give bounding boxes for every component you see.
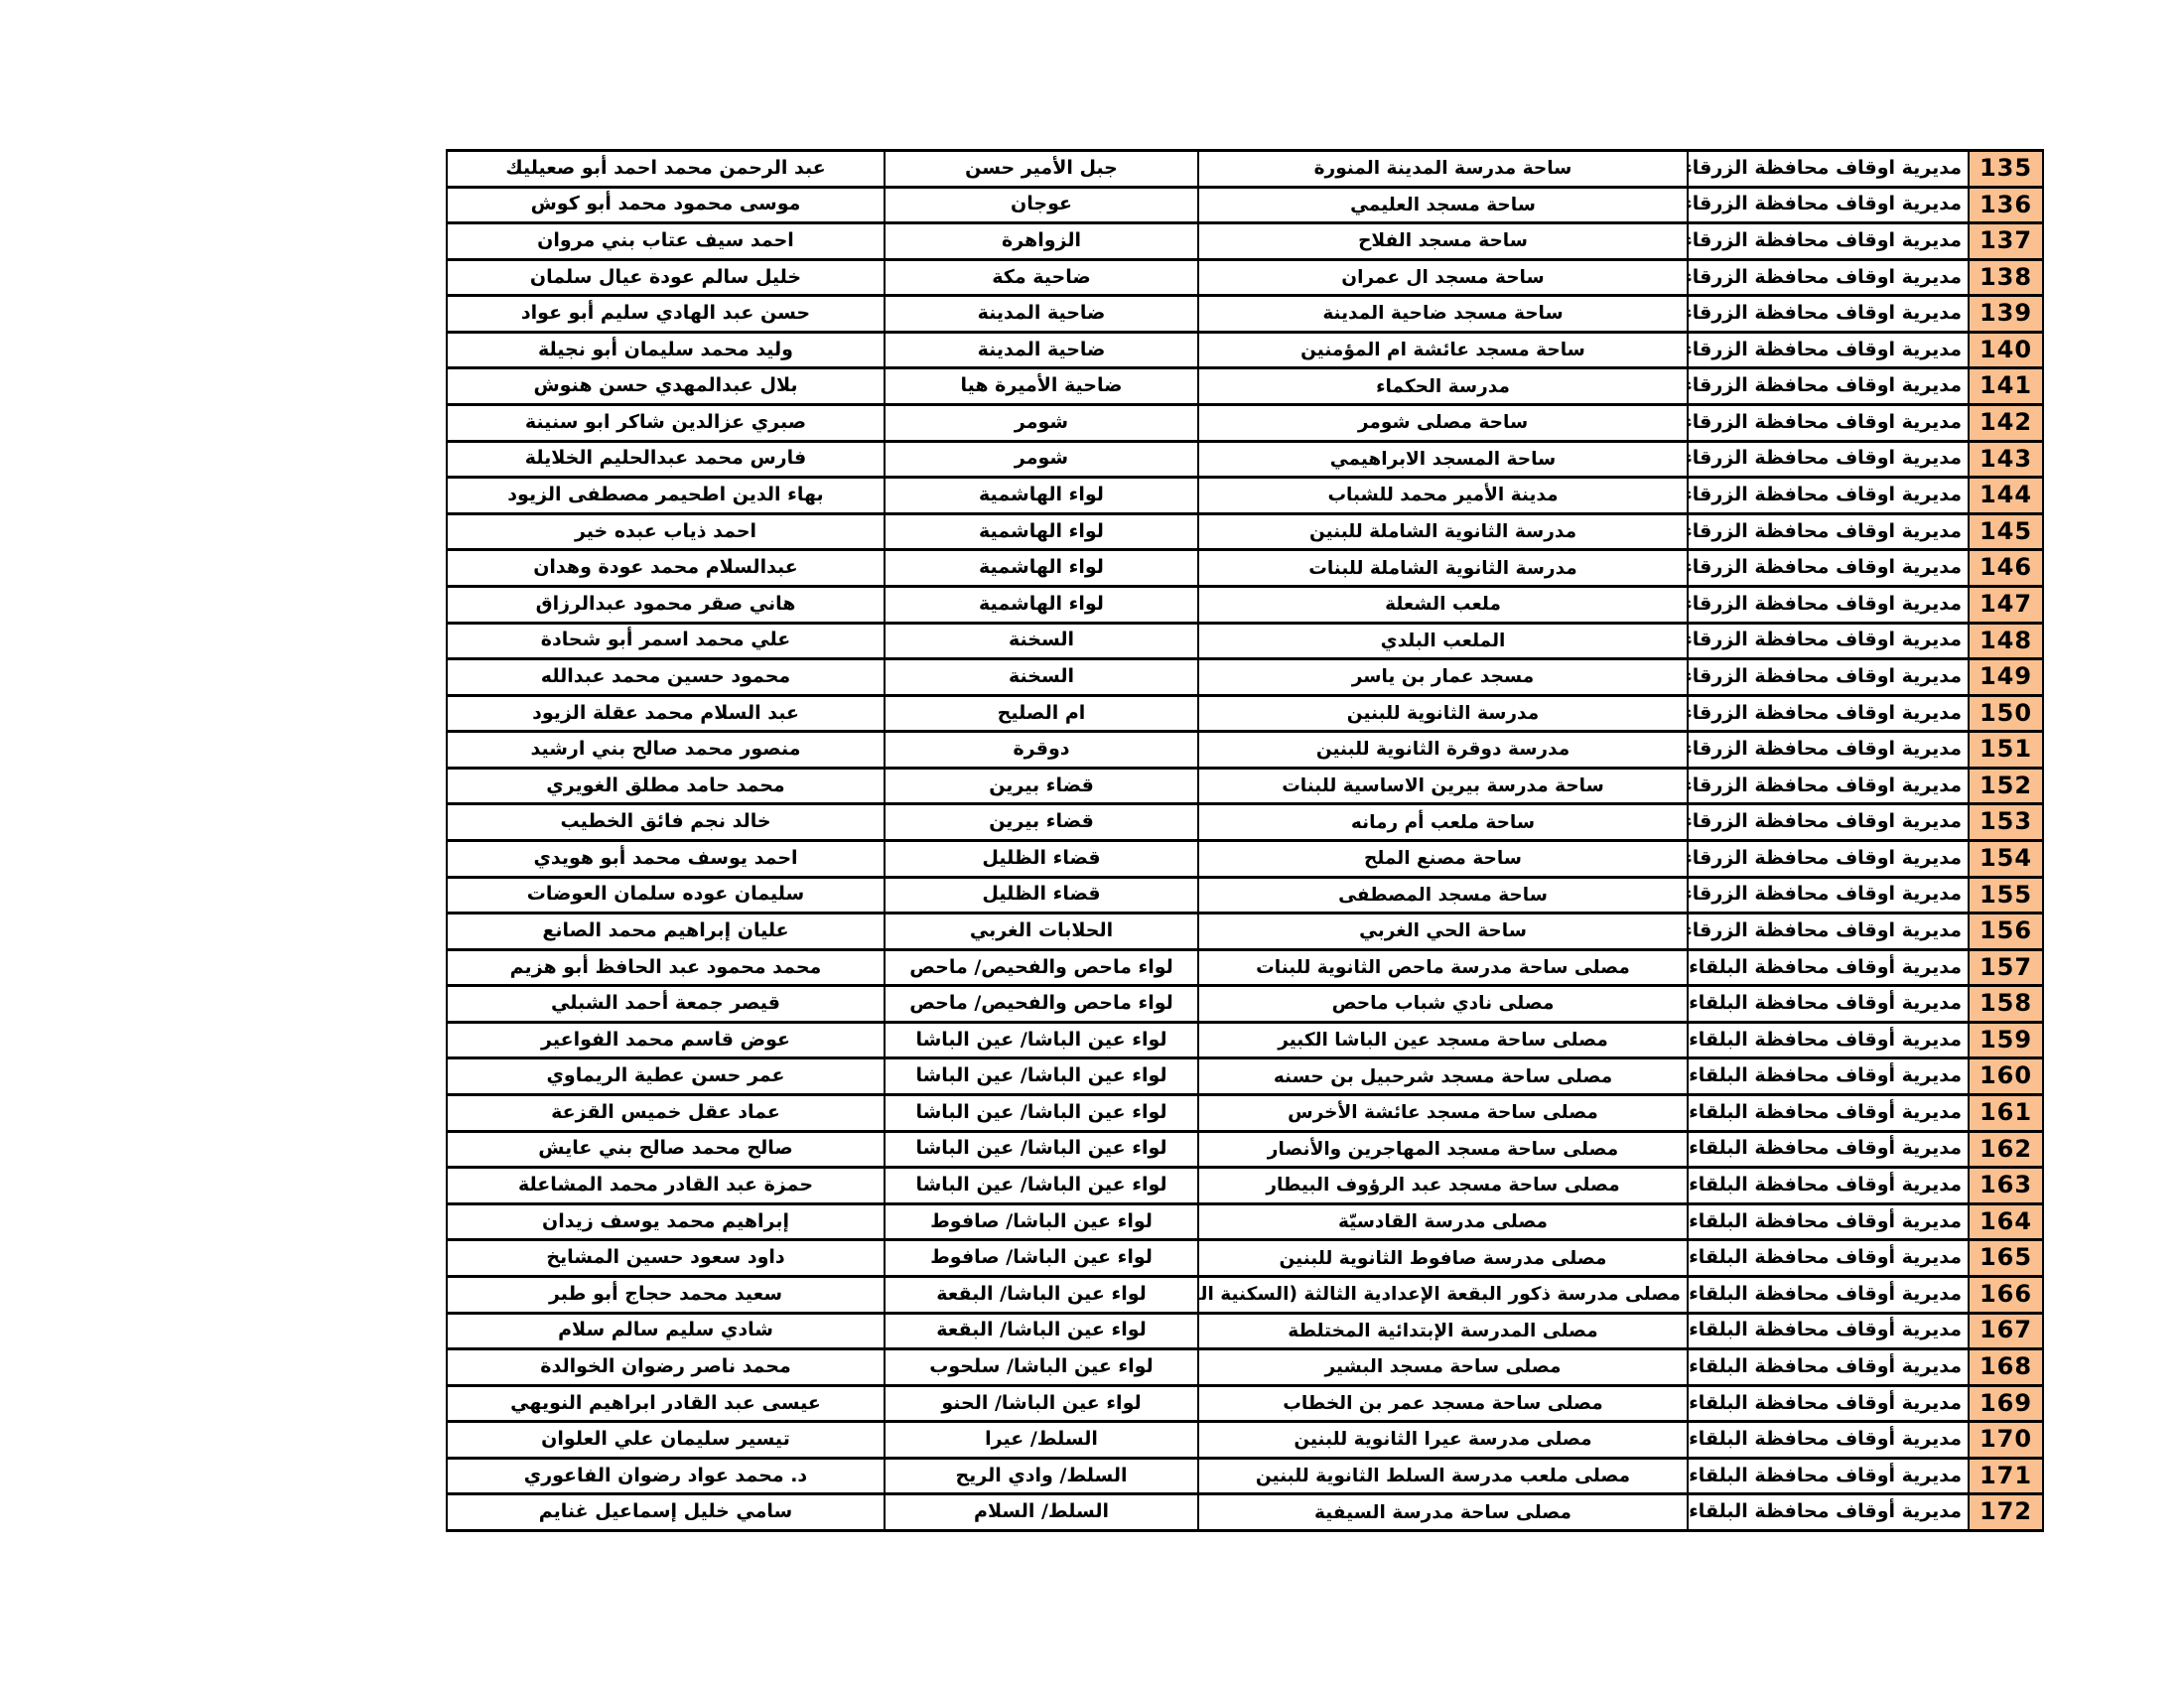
person-name-cell: عبد الرحمن محمد احمد أبو صعيليك (447, 151, 885, 188)
person-name-cell: خالد نجم فائق الخطيب (447, 804, 885, 841)
location-cell: الملعب البلدي (1198, 623, 1688, 659)
table-row: 170مديرية أوقاف محافظة البلقاءمصلى مدرسة… (447, 1422, 2043, 1459)
person-name-cell: داود سعود حسين المشايخ (447, 1240, 885, 1277)
location-cell: مصلى ساحة مدرسة السيفية (1198, 1494, 1688, 1531)
location-cell: ساحة مصنع الملح (1198, 840, 1688, 877)
row-number-cell: 163 (1969, 1168, 2043, 1204)
directorate-cell: مديرية أوقاف محافظة البلقاء (1688, 1494, 1969, 1531)
person-name-cell: إبراهيم محمد يوسف زيدان (447, 1203, 885, 1240)
table-row: 136مديرية اوقاف محافظة الزرقاءساحة مسجد … (447, 187, 2043, 223)
row-number-cell: 151 (1969, 732, 2043, 769)
directorate-cell: مديرية أوقاف محافظة البلقاء (1688, 1240, 1969, 1277)
directorate-cell: مديرية أوقاف محافظة البلقاء (1688, 1313, 1969, 1349)
row-number-cell: 169 (1969, 1385, 2043, 1422)
area-cell: لواء عين الباشا/ صافوط (885, 1203, 1198, 1240)
row-number-cell: 137 (1969, 223, 2043, 260)
directorate-cell: مديرية أوقاف محافظة البلقاء (1688, 986, 1969, 1023)
location-cell: مدرسة الثانوية للبنين (1198, 695, 1688, 732)
person-name-cell: عماد عقل خميس القزعة (447, 1095, 885, 1132)
row-number-cell: 161 (1969, 1095, 2043, 1132)
row-number-cell: 153 (1969, 804, 2043, 841)
row-number-cell: 149 (1969, 659, 2043, 696)
area-cell: لواء عين الباشا/ عين الباشا (885, 1058, 1198, 1095)
directorate-cell: مديرية اوقاف محافظة الزرقاء (1688, 840, 1969, 877)
person-name-cell: عليان إبراهيم محمد الصانع (447, 914, 885, 950)
location-cell: مصلى ساحة مسجد عمر بن الخطاب (1198, 1385, 1688, 1422)
person-name-cell: قيصر جمعة أحمد الشبلي (447, 986, 885, 1023)
person-name-cell: بلال عبدالمهدي حسن هنوش (447, 368, 885, 405)
row-number-cell: 171 (1969, 1458, 2043, 1494)
location-cell: مدرسة الثانوية الشاملة للبنين (1198, 513, 1688, 550)
row-number-cell: 138 (1969, 259, 2043, 296)
table-row: 160مديرية أوقاف محافظة البلقاءمصلى ساحة … (447, 1058, 2043, 1095)
person-name-cell: شادي سليم سالم سلام (447, 1313, 885, 1349)
location-cell: مصلى ملعب مدرسة السلط الثانوية للبنين (1198, 1458, 1688, 1494)
row-number-cell: 139 (1969, 296, 2043, 333)
table-row: 159مديرية أوقاف محافظة البلقاءمصلى ساحة … (447, 1022, 2043, 1058)
area-cell: شومر (885, 405, 1198, 442)
area-cell: ضاحية مكة (885, 259, 1198, 296)
area-cell: قضاء الظليل (885, 840, 1198, 877)
location-cell: مصلى ساحة مسجد شرحبيل بن حسنه (1198, 1058, 1688, 1095)
directorate-cell: مديرية أوقاف محافظة البلقاء (1688, 1022, 1969, 1058)
location-cell: ساحة مسجد المصطفى (1198, 877, 1688, 914)
row-number-cell: 154 (1969, 840, 2043, 877)
row-number-cell: 148 (1969, 623, 2043, 659)
location-cell: مصلى ساحة مسجد البشير (1198, 1349, 1688, 1386)
area-cell: لواء عين الباشا/ صافوط (885, 1240, 1198, 1277)
directorate-cell: مديرية اوقاف محافظة الزرقاء (1688, 259, 1969, 296)
directorate-cell: مديرية اوقاف محافظة الزرقاء (1688, 513, 1969, 550)
person-name-cell: عبدالسلام محمد عودة وهدان (447, 550, 885, 587)
person-name-cell: تيسير سليمان علي العلوان (447, 1422, 885, 1459)
location-cell: ساحة ملعب أم رمانه (1198, 804, 1688, 841)
area-cell: لواء الهاشمية (885, 586, 1198, 623)
area-cell: لواء عين الباشا/ سلحوب (885, 1349, 1198, 1386)
table-row: 168مديرية أوقاف محافظة البلقاءمصلى ساحة … (447, 1349, 2043, 1386)
directorate-cell: مديرية اوقاف محافظة الزرقاء (1688, 478, 1969, 514)
directorate-cell: مديرية اوقاف محافظة الزرقاء (1688, 732, 1969, 769)
area-cell: ام الصليح (885, 695, 1198, 732)
row-number-cell: 170 (1969, 1422, 2043, 1459)
area-cell: السلط/ عيرا (885, 1422, 1198, 1459)
area-cell: ضاحية المدينة (885, 296, 1198, 333)
location-cell: مصلى ساحة مسجد عبد الرؤوف البيطار (1198, 1168, 1688, 1204)
directorate-cell: مديرية أوقاف محافظة البلقاء (1688, 1422, 1969, 1459)
table-row: 143مديرية اوقاف محافظة الزرقاءساحة المسج… (447, 441, 2043, 478)
table-row: 142مديرية اوقاف محافظة الزرقاءساحة مصلى … (447, 405, 2043, 442)
directorate-cell: مديرية اوقاف محافظة الزرقاء (1688, 368, 1969, 405)
area-cell: الحلابات الغربي (885, 914, 1198, 950)
directorate-cell: مديرية أوقاف محافظة البلقاء (1688, 1203, 1969, 1240)
person-name-cell: عيسى عبد القادر ابراهيم النويهي (447, 1385, 885, 1422)
directorate-cell: مديرية اوقاف محافظة الزرقاء (1688, 659, 1969, 696)
location-cell: ساحة مسجد ال عمران (1198, 259, 1688, 296)
location-cell: ملعب الشعلة (1198, 586, 1688, 623)
location-cell: ساحة المسجد الابراهيمي (1198, 441, 1688, 478)
person-name-cell: صالح محمد صالح بني عايش (447, 1131, 885, 1168)
directorate-cell: مديرية اوقاف محافظة الزرقاء (1688, 405, 1969, 442)
table-row: 163مديرية أوقاف محافظة البلقاءمصلى ساحة … (447, 1168, 2043, 1204)
area-cell: السلط/ السلام (885, 1494, 1198, 1531)
area-cell: لواء الهاشمية (885, 513, 1198, 550)
row-number-cell: 136 (1969, 187, 2043, 223)
row-number-cell: 144 (1969, 478, 2043, 514)
table-row: 161مديرية أوقاف محافظة البلقاءمصلى ساحة … (447, 1095, 2043, 1132)
location-cell: ساحة مدرسة بيرين الاساسية للبنات (1198, 768, 1688, 804)
directorate-cell: مديرية أوقاف محافظة البلقاء (1688, 1458, 1969, 1494)
person-name-cell: منصور محمد صالح بني ارشيد (447, 732, 885, 769)
row-number-cell: 142 (1969, 405, 2043, 442)
area-cell: لواء ماحص والفحيص/ ماحص (885, 986, 1198, 1023)
person-name-cell: سامي خليل إسماعيل غنايم (447, 1494, 885, 1531)
location-cell: ساحة مسجد العليمي (1198, 187, 1688, 223)
location-cell: مدرسة الثانوية الشاملة للبنات (1198, 550, 1688, 587)
location-cell: مدينة الأمير محمد للشباب (1198, 478, 1688, 514)
area-cell: دوقرة (885, 732, 1198, 769)
table-row: 162مديرية أوقاف محافظة البلقاءمصلى ساحة … (447, 1131, 2043, 1168)
table-row: 164مديرية أوقاف محافظة البلقاءمصلى مدرسة… (447, 1203, 2043, 1240)
person-name-cell: محمد حامد مطلق الغويري (447, 768, 885, 804)
person-name-cell: حمزة عبد القادر محمد المشاعلة (447, 1168, 885, 1204)
table-row: 167مديرية أوقاف محافظة البلقاءمصلى المدر… (447, 1313, 2043, 1349)
directorate-cell: مديرية اوقاف محافظة الزرقاء (1688, 550, 1969, 587)
person-name-cell: وليد محمد سليمان أبو نجيلة (447, 332, 885, 368)
directorate-cell: مديرية اوقاف محافظة الزرقاء (1688, 586, 1969, 623)
table-row: 152مديرية اوقاف محافظة الزرقاءساحة مدرسة… (447, 768, 2043, 804)
row-number-cell: 147 (1969, 586, 2043, 623)
directorate-cell: مديرية اوقاف محافظة الزرقاء (1688, 914, 1969, 950)
person-name-cell: احمد سيف عتاب بني مروان (447, 223, 885, 260)
directorate-cell: مديرية اوقاف محافظة الزرقاء (1688, 332, 1969, 368)
person-name-cell: سعيد محمد حجاج أبو طبر (447, 1276, 885, 1313)
area-cell: الزواهرة (885, 223, 1198, 260)
area-cell: ضاحية المدينة (885, 332, 1198, 368)
location-cell: مدرسة الحكماء (1198, 368, 1688, 405)
row-number-cell: 164 (1969, 1203, 2043, 1240)
area-cell: السخنة (885, 623, 1198, 659)
table-row: 144مديرية اوقاف محافظة الزرقاءمدينة الأم… (447, 478, 2043, 514)
row-number-cell: 150 (1969, 695, 2043, 732)
row-number-cell: 158 (1969, 986, 2043, 1023)
table-row: 145مديرية اوقاف محافظة الزرقاءمدرسة الثا… (447, 513, 2043, 550)
directorate-cell: مديرية أوقاف محافظة البلقاء (1688, 1131, 1969, 1168)
row-number-cell: 157 (1969, 949, 2043, 986)
table-row: 150مديرية اوقاف محافظة الزرقاءمدرسة الثا… (447, 695, 2043, 732)
row-number-cell: 140 (1969, 332, 2043, 368)
directorate-cell: مديرية اوقاف محافظة الزرقاء (1688, 223, 1969, 260)
row-number-cell: 141 (1969, 368, 2043, 405)
person-name-cell: عبد السلام محمد عقلة الزيود (447, 695, 885, 732)
row-number-cell: 160 (1969, 1058, 2043, 1095)
area-cell: قضاء الظليل (885, 877, 1198, 914)
person-name-cell: عمر حسن عطية الريماوي (447, 1058, 885, 1095)
location-cell: مصلى ساحة مسجد عائشة الأخرس (1198, 1095, 1688, 1132)
location-cell: مصلى مدرسة القادسيّة (1198, 1203, 1688, 1240)
directorate-cell: مديرية اوقاف محافظة الزرقاء (1688, 768, 1969, 804)
area-cell: شومر (885, 441, 1198, 478)
person-name-cell: صبري عزالدين شاكر ابو سنينة (447, 405, 885, 442)
person-name-cell: موسى محمود محمد أبو كوش (447, 187, 885, 223)
awqaf-roster-table: 135مديرية اوقاف محافظة الزرقاءساحة مدرسة… (446, 149, 2044, 1532)
person-name-cell: د. محمد عواد رضوان الفاعوري (447, 1458, 885, 1494)
table-row: 141مديرية اوقاف محافظة الزرقاءمدرسة الحك… (447, 368, 2043, 405)
person-name-cell: حسن عبد الهادي سليم أبو عواد (447, 296, 885, 333)
row-number-cell: 152 (1969, 768, 2043, 804)
table-row: 138مديرية اوقاف محافظة الزرقاءساحة مسجد … (447, 259, 2043, 296)
area-cell: السخنة (885, 659, 1198, 696)
location-cell: مصلى نادي شباب ماحص (1198, 986, 1688, 1023)
person-name-cell: محمد محمود عبد الحافظ أبو هزيم (447, 949, 885, 986)
row-number-cell: 145 (1969, 513, 2043, 550)
location-cell: ساحة مسجد ضاحية المدينة (1198, 296, 1688, 333)
area-cell: لواء عين الباشا/ عين الباشا (885, 1095, 1198, 1132)
directorate-cell: مديرية اوقاف محافظة الزرقاء (1688, 877, 1969, 914)
location-cell: ساحة مصلى شومر (1198, 405, 1688, 442)
location-cell: مدرسة دوقرة الثانوية للبنين (1198, 732, 1688, 769)
table-row: 151مديرية اوقاف محافظة الزرقاءمدرسة دوقر… (447, 732, 2043, 769)
directorate-cell: مديرية أوقاف محافظة البلقاء (1688, 1385, 1969, 1422)
table-row: 155مديرية اوقاف محافظة الزرقاءساحة مسجد … (447, 877, 2043, 914)
person-name-cell: احمد ذياب عبده خير (447, 513, 885, 550)
row-number-cell: 146 (1969, 550, 2043, 587)
row-number-cell: 155 (1969, 877, 2043, 914)
area-cell: قضاء بيرين (885, 804, 1198, 841)
person-name-cell: فارس محمد عبدالحليم الخلايلة (447, 441, 885, 478)
directorate-cell: مديرية اوقاف محافظة الزرقاء (1688, 695, 1969, 732)
area-cell: السلط/ وادي الريح (885, 1458, 1198, 1494)
table-row: 169مديرية أوقاف محافظة البلقاءمصلى ساحة … (447, 1385, 2043, 1422)
table-row: 165مديرية أوقاف محافظة البلقاءمصلى مدرسة… (447, 1240, 2043, 1277)
row-number-cell: 159 (1969, 1022, 2043, 1058)
area-cell: لواء عين الباشا/ عين الباشا (885, 1168, 1198, 1204)
directorate-cell: مديرية أوقاف محافظة البلقاء (1688, 1349, 1969, 1386)
row-number-cell: 135 (1969, 151, 2043, 188)
row-number-cell: 168 (1969, 1349, 2043, 1386)
table-row: 148مديرية اوقاف محافظة الزرقاءالملعب الب… (447, 623, 2043, 659)
table-row: 172مديرية أوقاف محافظة البلقاءمصلى ساحة … (447, 1494, 2043, 1531)
area-cell: عوجان (885, 187, 1198, 223)
area-cell: لواء الهاشمية (885, 550, 1198, 587)
table-row: 156مديرية اوقاف محافظة الزرقاءساحة الحي … (447, 914, 2043, 950)
area-cell: لواء عين الباشا/ عين الباشا (885, 1022, 1198, 1058)
table-row: 154مديرية اوقاف محافظة الزرقاءساحة مصنع … (447, 840, 2043, 877)
table-row: 139مديرية اوقاف محافظة الزرقاءساحة مسجد … (447, 296, 2043, 333)
directorate-cell: مديرية أوقاف محافظة البلقاء (1688, 1168, 1969, 1204)
location-cell: ساحة مسجد عائشة ام المؤمنين (1198, 332, 1688, 368)
location-cell: ساحة الحي الغربي (1198, 914, 1688, 950)
location-cell: ساحة مسجد الفلاح (1198, 223, 1688, 260)
directorate-cell: مديرية اوقاف محافظة الزرقاء (1688, 804, 1969, 841)
area-cell: لواء عين الباشا/ الحنو (885, 1385, 1198, 1422)
location-cell: مصلى ساحة مدرسة ماحص الثانوية للبنات (1198, 949, 1688, 986)
location-cell: ساحة مدرسة المدينة المنورة (1198, 151, 1688, 188)
row-number-cell: 156 (1969, 914, 2043, 950)
row-number-cell: 172 (1969, 1494, 2043, 1531)
directorate-cell: مديرية اوقاف محافظة الزرقاء (1688, 151, 1969, 188)
location-cell: مصلى ساحة مسجد المهاجرين والأنصار (1198, 1131, 1688, 1168)
person-name-cell: هاني صقر محمود عبدالرزاق (447, 586, 885, 623)
row-number-cell: 167 (1969, 1313, 2043, 1349)
area-cell: لواء عين الباشا/ البقعة (885, 1276, 1198, 1313)
location-cell: مصلى مدرسة صافوط الثانوية للبنين (1198, 1240, 1688, 1277)
area-cell: قضاء بيرين (885, 768, 1198, 804)
table-row: 149مديرية اوقاف محافظة الزرقاءمسجد عمار … (447, 659, 2043, 696)
document-page: 135مديرية اوقاف محافظة الزرقاءساحة مدرسة… (0, 0, 2184, 1688)
directorate-cell: مديرية أوقاف محافظة البلقاء (1688, 1095, 1969, 1132)
table-row: 166مديرية أوقاف محافظة البلقاءمصلى مدرسة… (447, 1276, 2043, 1313)
row-number-cell: 166 (1969, 1276, 2043, 1313)
area-cell: لواء عين الباشا/ البقعة (885, 1313, 1198, 1349)
location-cell: مصلى مدرسة عيرا الثانوية للبنين (1198, 1422, 1688, 1459)
row-number-cell: 162 (1969, 1131, 2043, 1168)
location-cell: مصلى ساحة مسجد عين الباشا الكبير (1198, 1022, 1688, 1058)
person-name-cell: علي محمد اسمر أبو شحادة (447, 623, 885, 659)
directorate-cell: مديرية أوقاف محافظة البلقاء (1688, 1276, 1969, 1313)
directorate-cell: مديرية أوقاف محافظة البلقاء (1688, 1058, 1969, 1095)
table-row: 146مديرية اوقاف محافظة الزرقاءمدرسة الثا… (447, 550, 2043, 587)
table-row: 137مديرية اوقاف محافظة الزرقاءساحة مسجد … (447, 223, 2043, 260)
directorate-cell: مديرية اوقاف محافظة الزرقاء (1688, 187, 1969, 223)
location-cell: مصلى المدرسة الإبتدائية المختلطة (1198, 1313, 1688, 1349)
area-cell: لواء ماحص والفحيص/ ماحص (885, 949, 1198, 986)
person-name-cell: احمد يوسف محمد أبو هويدي (447, 840, 885, 877)
person-name-cell: بهاء الدين اطحيمر مصطفى الزيود (447, 478, 885, 514)
table-row: 158مديرية أوقاف محافظة البلقاءمصلى نادي … (447, 986, 2043, 1023)
directorate-cell: مديرية اوقاف محافظة الزرقاء (1688, 441, 1969, 478)
table-row: 171مديرية أوقاف محافظة البلقاءمصلى ملعب … (447, 1458, 2043, 1494)
table-row: 135مديرية اوقاف محافظة الزرقاءساحة مدرسة… (447, 151, 2043, 188)
location-cell: مصلى مدرسة ذكور البقعة الإعدادية الثالثة… (1198, 1276, 1688, 1313)
area-cell: ضاحية الأميرة هيا (885, 368, 1198, 405)
area-cell: جبل الأمير حسن (885, 151, 1198, 188)
table-row: 157مديرية أوقاف محافظة البلقاءمصلى ساحة … (447, 949, 2043, 986)
table-row: 153مديرية اوقاف محافظة الزرقاءساحة ملعب … (447, 804, 2043, 841)
row-number-cell: 143 (1969, 441, 2043, 478)
table-row: 147مديرية اوقاف محافظة الزرقاءملعب الشعل… (447, 586, 2043, 623)
table-row: 140مديرية اوقاف محافظة الزرقاءساحة مسجد … (447, 332, 2043, 368)
area-cell: لواء الهاشمية (885, 478, 1198, 514)
row-number-cell: 165 (1969, 1240, 2043, 1277)
person-name-cell: محمود حسين محمد عبدالله (447, 659, 885, 696)
directorate-cell: مديرية اوقاف محافظة الزرقاء (1688, 623, 1969, 659)
roster-table-body: 135مديرية اوقاف محافظة الزرقاءساحة مدرسة… (447, 151, 2043, 1531)
location-cell: مسجد عمار بن ياسر (1198, 659, 1688, 696)
area-cell: لواء عين الباشا/ عين الباشا (885, 1131, 1198, 1168)
person-name-cell: سليمان عوده سلمان العوضات (447, 877, 885, 914)
person-name-cell: عوض قاسم محمد الفواعير (447, 1022, 885, 1058)
person-name-cell: خليل سالم عودة عيال سلمان (447, 259, 885, 296)
directorate-cell: مديرية أوقاف محافظة البلقاء (1688, 949, 1969, 986)
directorate-cell: مديرية اوقاف محافظة الزرقاء (1688, 296, 1969, 333)
person-name-cell: محمد ناصر رضوان الخوالدة (447, 1349, 885, 1386)
